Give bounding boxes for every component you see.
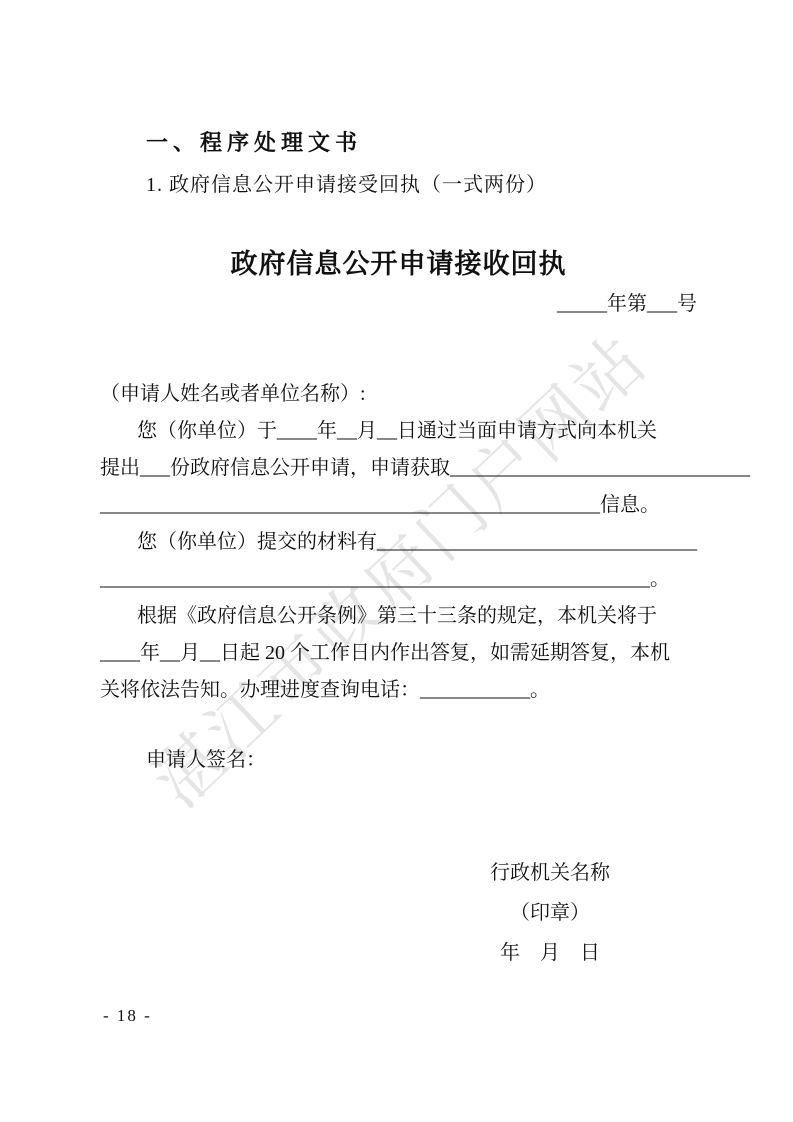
body-line-regulation-2: ____年__月__日起 20 个工作日内作出答复，如需延期答复，本机 xyxy=(100,635,697,672)
applicant-signature-label: 申请人签名： xyxy=(146,742,697,779)
body-line-application-1: 您（你单位）于____年__月__日通过当面申请方式向本机关 xyxy=(100,413,697,450)
item-title: 1. 政府信息公开申请接受回执（一式两份） xyxy=(146,172,697,198)
body-line-regulation-1: 根据《政府信息公开条例》第三十三条的规定，本机关将于 xyxy=(100,598,697,635)
body-line-addressee: （申请人姓名或者单位名称）: xyxy=(100,376,697,413)
doc-number-line: _____年第___号 xyxy=(100,292,697,316)
body-line-regulation-3: 关将依法告知。办理进度查询电话：___________。 xyxy=(100,672,697,709)
page-number: - 18 - xyxy=(103,1006,152,1026)
form-body: （申请人姓名或者单位名称）: 您（你单位）于____年__月__日通过当面申请方… xyxy=(100,376,697,709)
document-page: 湛江市政府门户网站 一、程序处理文书 1. 政府信息公开申请接受回执（一式两份）… xyxy=(0,0,793,1122)
document-content: 一、程序处理文书 1. 政府信息公开申请接受回执（一式两份） 政府信息公开申请接… xyxy=(0,0,793,973)
section-heading: 一、程序处理文书 xyxy=(146,130,697,156)
body-line-materials-1: 您（你单位）提交的材料有____________________________… xyxy=(100,524,697,561)
body-line-application-3: ________________________________________… xyxy=(100,487,697,524)
body-line-application-2: 提出___份政府信息公开申请，申请获取_____________________… xyxy=(100,450,697,487)
body-line-materials-2: ________________________________________… xyxy=(100,561,697,598)
agency-name-label: 行政机关名称 xyxy=(488,853,612,893)
form-title: 政府信息公开申请接收回执 xyxy=(100,246,697,282)
agency-seal-label: （印章） xyxy=(488,893,612,933)
agency-block: 行政机关名称 （印章） 年 月 日 xyxy=(488,853,612,973)
agency-date-label: 年 月 日 xyxy=(488,933,612,973)
